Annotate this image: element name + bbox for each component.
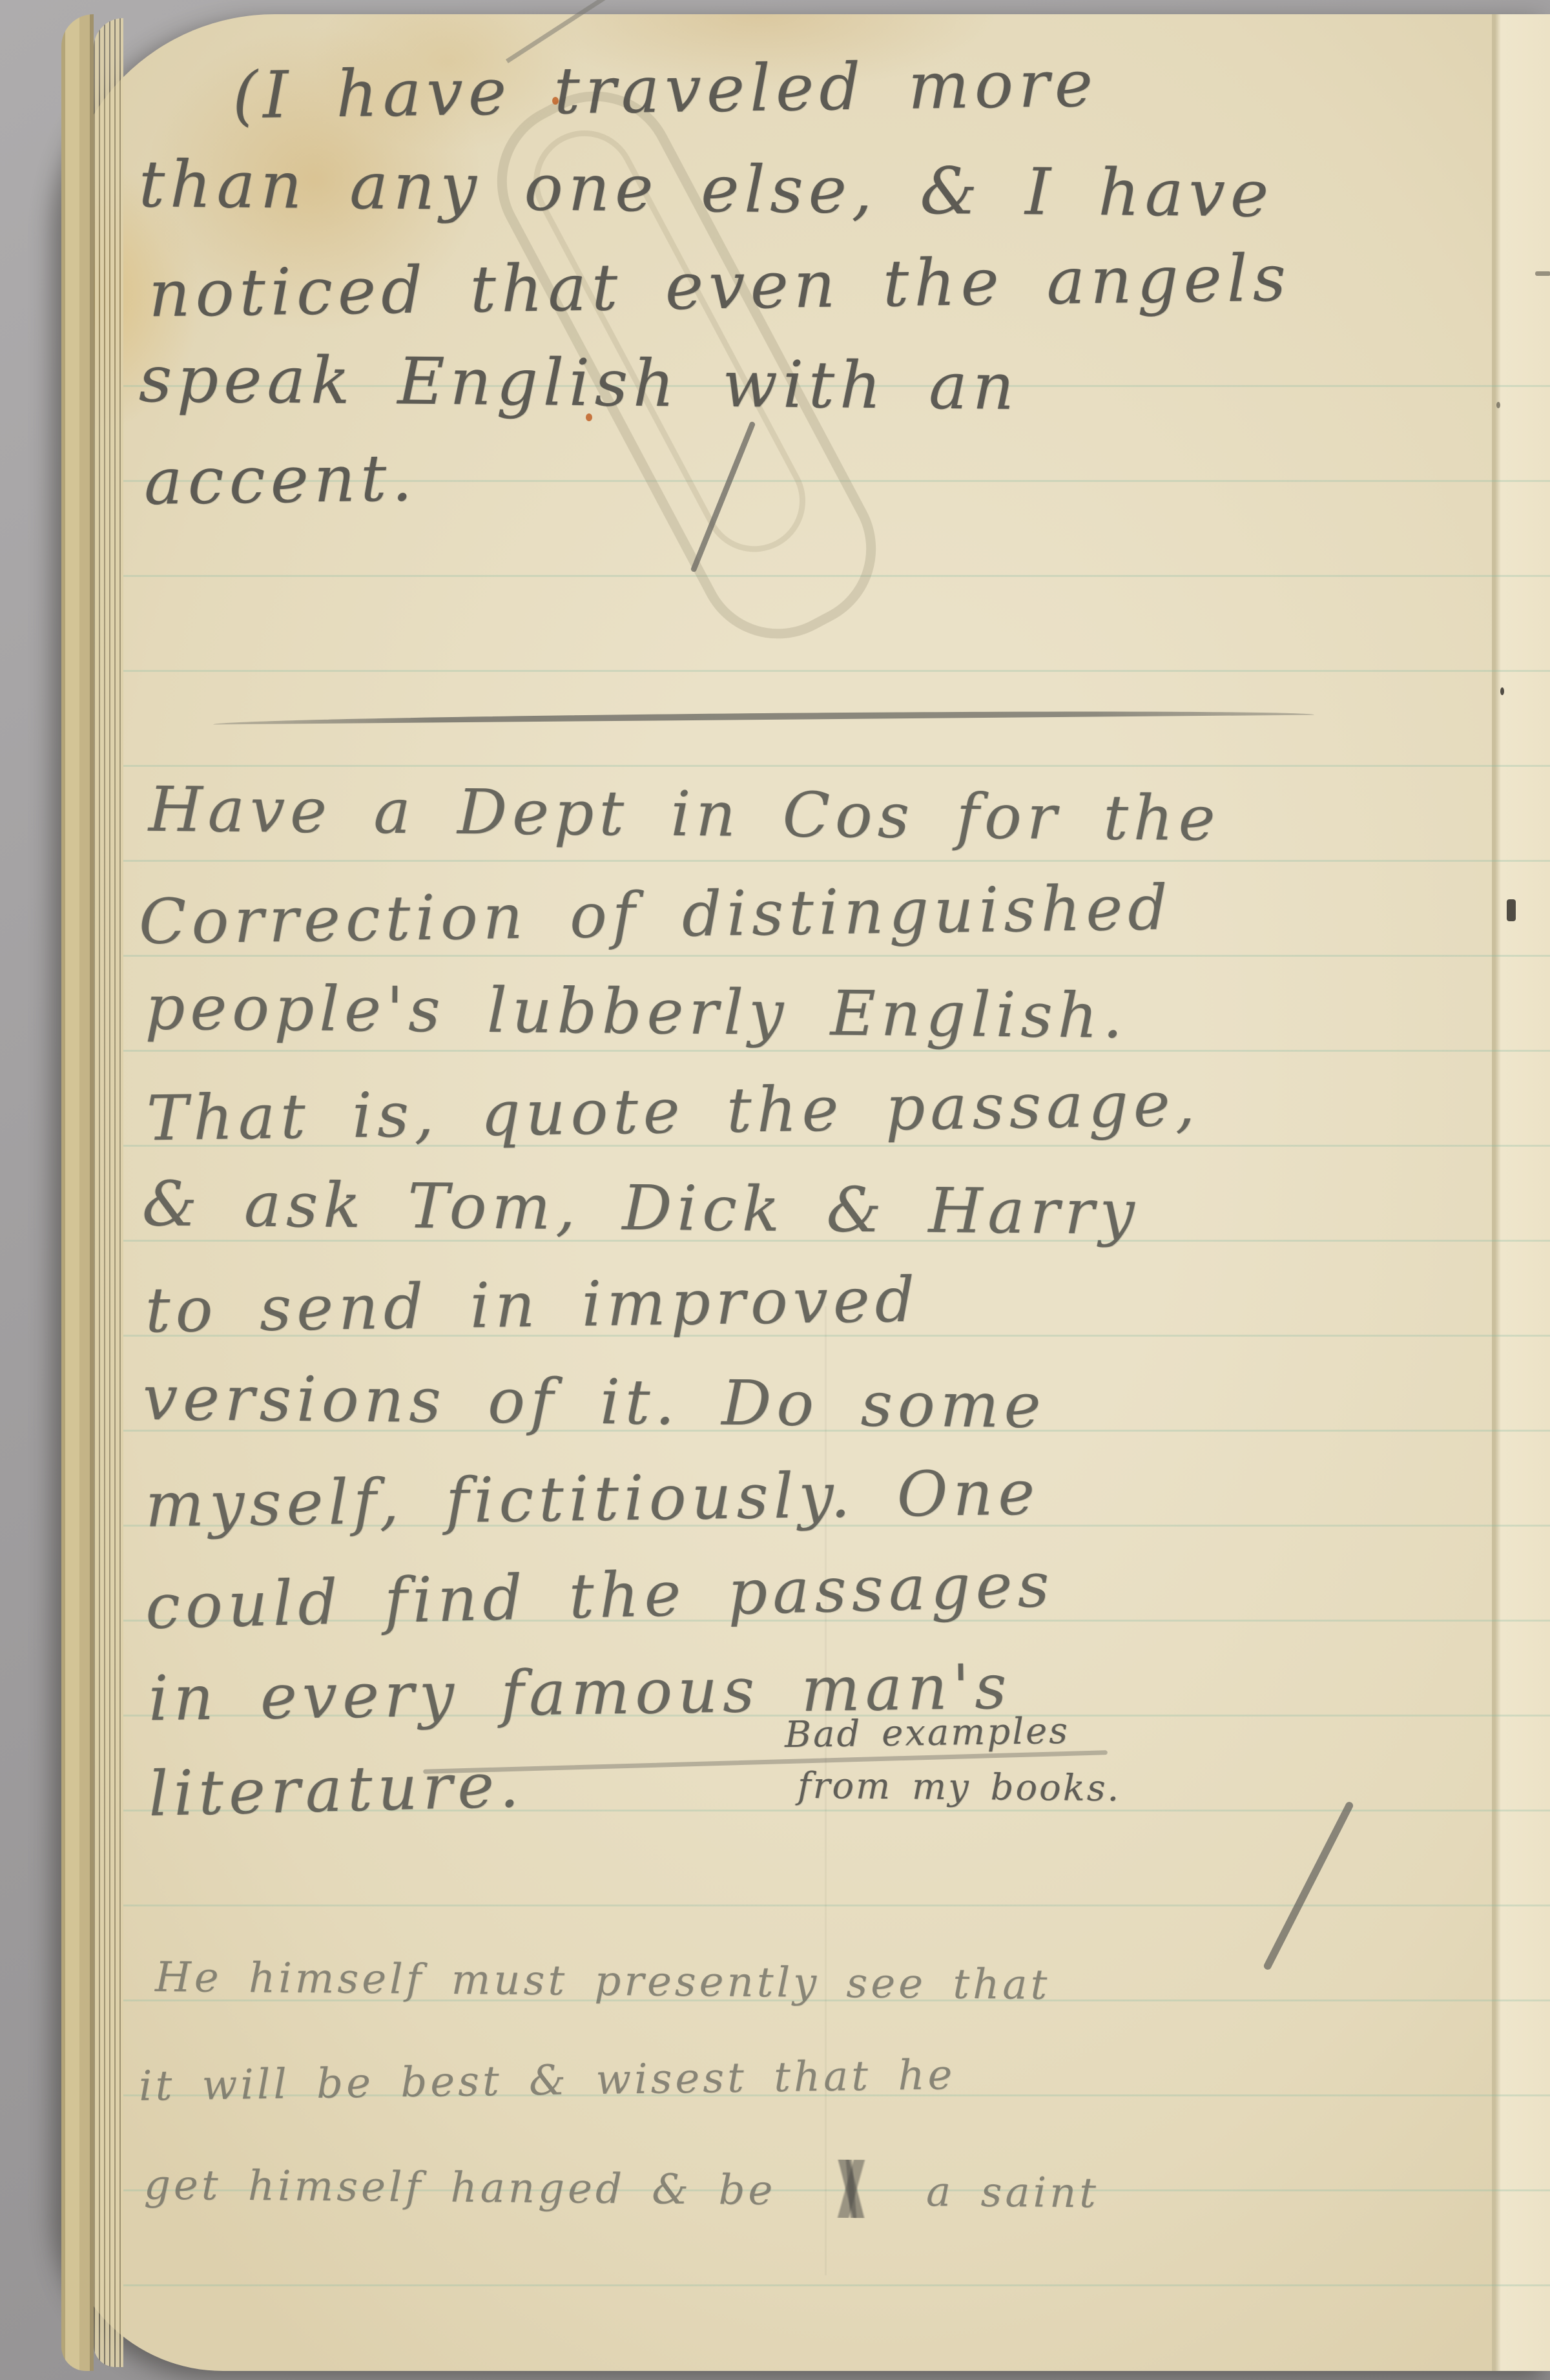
ink-speck: [1496, 402, 1500, 408]
ink-speck: [1507, 899, 1516, 921]
scan-background: (I have traveled more than any one else,…: [0, 0, 1550, 2380]
entry1-line2: than any one else, & I have: [139, 146, 1274, 231]
entry1-line4: speak English with an: [139, 341, 1020, 424]
entry2-note-line2: from my books.: [798, 1765, 1121, 1810]
entry3-line1: He himself must presently see that: [155, 1954, 1051, 2009]
foxing-speck: [586, 413, 592, 421]
entry3-line3: get himself hanged & be a saint: [144, 2154, 1100, 2220]
entry1-line1: (I have traveled more: [232, 46, 1099, 134]
entry3-line3-pre: get himself hanged & be: [144, 2162, 776, 2215]
entry2-line4: That is, quote the passage,: [146, 1068, 1201, 1155]
notebook-page: (I have traveled more than any one else,…: [61, 14, 1550, 2371]
entry1-line5: accent.: [143, 440, 418, 519]
entry2-line6: to send in improved: [145, 1264, 920, 1347]
ink-speck: [1500, 687, 1504, 695]
entry2-line11: literature.: [148, 1749, 525, 1830]
entry3-line3-post: a saint: [926, 2168, 1100, 2217]
entry2-line7: versions of it. Do some: [143, 1362, 1047, 1442]
entry2-line5: & ask Tom, Dick & Harry: [142, 1167, 1141, 1248]
entry2-line3: people's lubberly English.: [145, 971, 1128, 1052]
entry1-line3: noticed that even the angels: [148, 240, 1292, 332]
page-stack-edge: [61, 14, 94, 2371]
entry2-line1: Have a Dept in Cos for the: [149, 773, 1221, 855]
page-stack-edge-lines: [94, 18, 123, 2367]
entry2-line2: Correction of distinguished: [138, 872, 1173, 958]
entry2-line8: myself, fictitiously. One: [145, 1456, 1040, 1541]
pencil-dash-mark: [1535, 271, 1550, 276]
scribbled-out-word: [802, 2159, 900, 2218]
entry2-note-line1: Bad examples: [785, 1710, 1070, 1756]
foxing-speck: [552, 97, 559, 105]
